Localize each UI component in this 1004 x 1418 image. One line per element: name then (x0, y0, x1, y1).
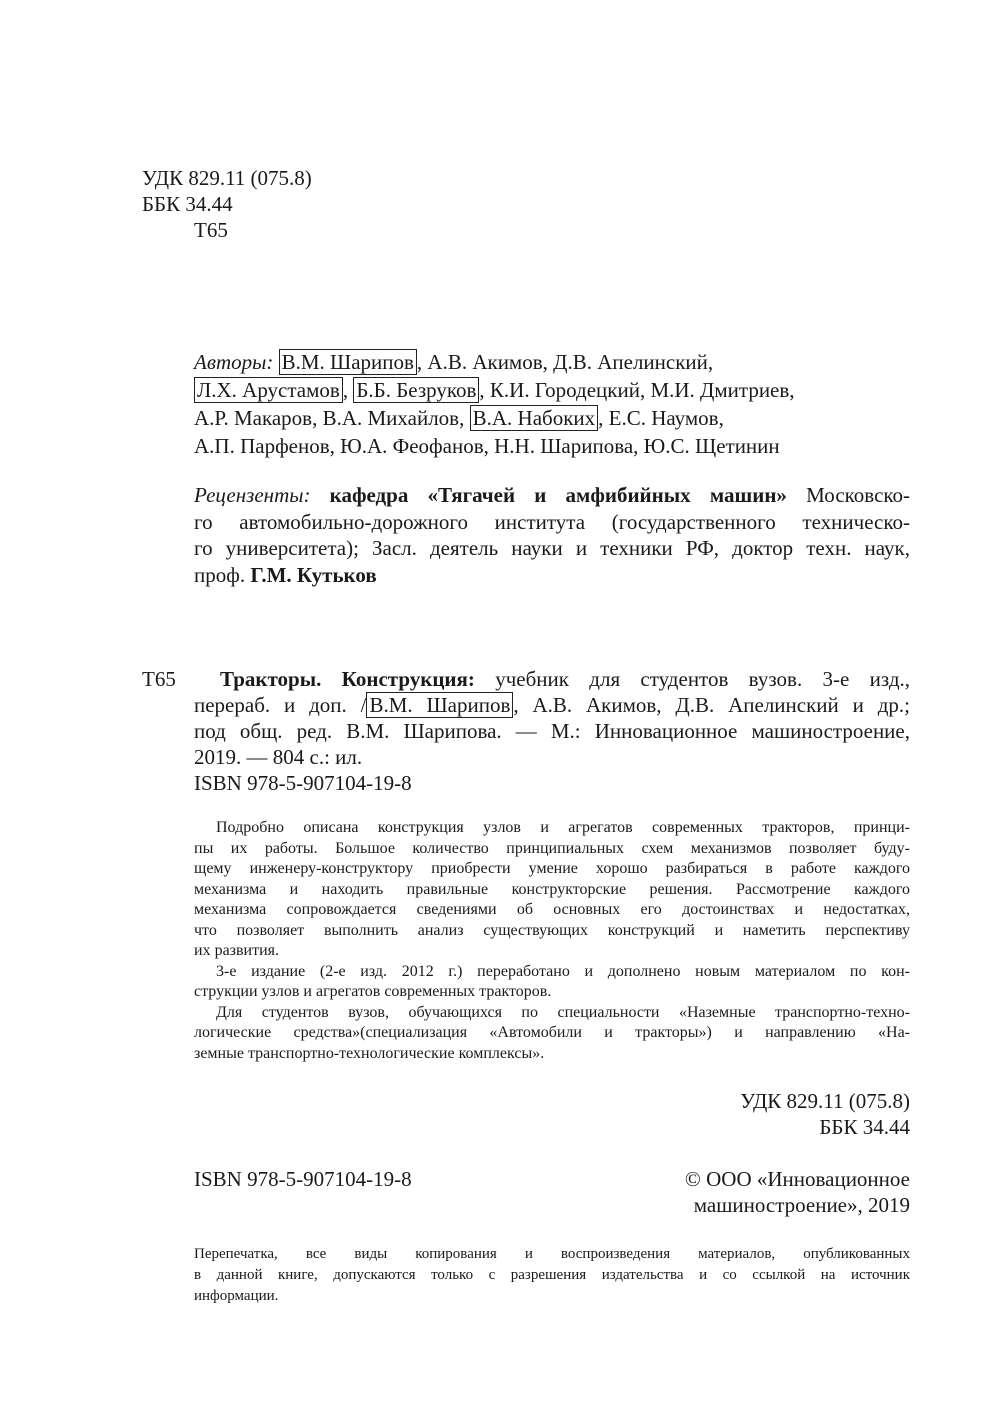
bib-mark: Т65 (142, 666, 176, 692)
authors-text: , Е.С. Наумов, (598, 406, 724, 430)
bib-text: 2019. — 804 с.: ил. (194, 744, 910, 770)
bbk-code: ББК 34.44 (142, 191, 312, 217)
author-boxed: Л.Х. Арустамов (194, 377, 343, 403)
reprint-notice: Перепечатка, все виды копирования и восп… (194, 1244, 910, 1307)
reviewers-text: го университета); Засл. деятель науки и … (194, 535, 910, 562)
book-title: Тракторы. Конструкция: (220, 667, 475, 691)
reviewers-text: го автомобильно-дорожного института (гос… (194, 509, 910, 536)
authors-text: А.Р. Макаров, В.А. Михайлов, (194, 406, 464, 430)
isbn: ISBN 978-5-907104-19-8 (194, 770, 910, 796)
annotation-line: земные транспортно-технологические компл… (194, 1044, 910, 1065)
copyright: © ООО «Инновационное машиностроение», 20… (500, 1166, 910, 1218)
bib-text: учебник для студентов вузов. 3-е изд., (495, 667, 910, 691)
author-boxed: В.М. Шарипов (279, 349, 417, 375)
authors-text: , А.В. Акимов, Д.В. Апелинский, (417, 350, 713, 374)
copyright-line: © ООО «Инновационное (500, 1166, 910, 1192)
udk-code: УДК 829.11 (075.8) (500, 1088, 910, 1114)
annotation: Подробно описана конструкция узлов и агр… (194, 818, 910, 1064)
reviewers-text: Московско- (806, 483, 910, 507)
author-boxed: В.А. Набоких (470, 405, 599, 431)
annotation-line: щему инженеру-конструктору приобрести ум… (194, 859, 910, 880)
isbn-bottom: ISBN 978-5-907104-19-8 (194, 1166, 412, 1192)
copyright-line: машиностроение», 2019 (500, 1192, 910, 1218)
footer-classification: УДК 829.11 (075.8) ББК 34.44 (500, 1088, 910, 1140)
author-boxed: В.М. Шарипов (366, 692, 513, 718)
author-mark: Т65 (142, 217, 312, 243)
annotation-line: 3-е издание (2-е изд. 2012 г.) переработ… (194, 962, 910, 983)
reviewers-label: Рецензенты: (194, 483, 310, 507)
bbk-code: ББК 34.44 (500, 1114, 910, 1140)
bib-text: , А.В. Акимов, Д.В. Апелинский и др.; (513, 693, 910, 717)
udk-code: УДК 829.11 (075.8) (142, 165, 312, 191)
bib-text: под общ. ред. В.М. Шарипова. — М.: Иннов… (194, 718, 910, 744)
authors-label: Авторы: (194, 350, 273, 374)
annotation-line: пы их работы. Большое количество принцип… (194, 839, 910, 860)
annotation-line: что позволяет выполнить анализ существую… (194, 921, 910, 942)
notice-line: в данной книге, допускаются только с раз… (194, 1265, 910, 1286)
authors-block: Авторы: В.М. Шарипов, А.В. Акимов, Д.В. … (194, 348, 795, 460)
reviewers-block: Рецензенты: кафедра «Тягачей и амфибийны… (194, 482, 910, 588)
authors-text: А.П. Парфенов, Ю.А. Феофанов, Н.Н. Шарип… (194, 432, 795, 460)
annotation-line: механизма и находить правильные конструк… (194, 880, 910, 901)
bib-text: перераб. и доп. / (194, 693, 366, 717)
classification-block: УДК 829.11 (075.8) ББК 34.44 Т65 (142, 165, 312, 243)
annotation-line: их развития. (194, 941, 910, 962)
authors-text: , К.И. Городецкий, М.И. Дмитриев, (479, 378, 794, 402)
annotation-line: струкции узлов и агрегатов современных т… (194, 982, 910, 1003)
reviewers-text: проф. (194, 563, 245, 587)
annotation-line: механизма сопровождается сведениями об о… (194, 900, 910, 921)
annotation-line: Подробно описана конструкция узлов и агр… (194, 818, 910, 839)
annotation-line: Для студентов вузов, обучающихся по спец… (194, 1003, 910, 1024)
bibliography-block: Тракторы. Конструкция: учебник для студе… (194, 666, 910, 796)
annotation-line: логические средства»(специализация «Авто… (194, 1023, 910, 1044)
notice-line: информации. (194, 1286, 910, 1307)
separator: , (343, 378, 348, 402)
notice-line: Перепечатка, все виды копирования и восп… (194, 1244, 910, 1265)
author-boxed: Б.Б. Безруков (353, 377, 479, 403)
reviewer-name: Г.М. Кутьков (250, 563, 376, 587)
reviewer-department: кафедра «Тягачей и амфибийных машин» (330, 483, 787, 507)
